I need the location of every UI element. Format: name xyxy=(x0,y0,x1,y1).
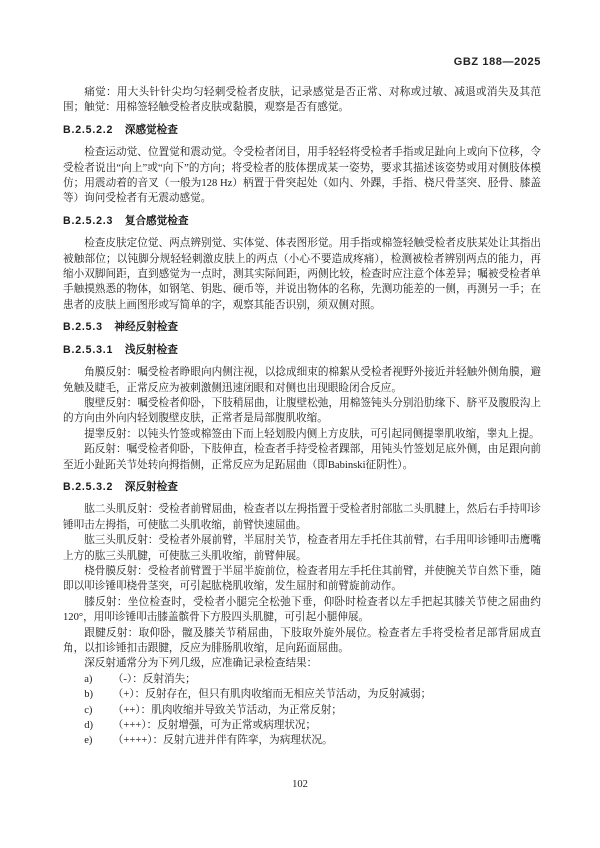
paragraph-radial-periosteal-reflex: 桡骨膜反射：受检者前臂置于半屈半旋前位，检查者用左手托住其前臂，并使腕关节自然下… xyxy=(63,564,541,595)
paragraph-biceps-reflex: 肱二头肌反射：受检者前臂屈曲，检查者以左拇指置于受检者肘部肱二头肌腱上，然后右手… xyxy=(63,502,541,533)
section-heading-nerve-reflex: B.2.5.3神经反射检查 xyxy=(63,320,541,335)
list-item-grade-e: e)（++++）：反射亢进并伴有阵挛，为病理状况。 xyxy=(63,733,541,748)
list-item-grade-a: a)（-）：反射消失； xyxy=(63,672,541,687)
list-marker: b) xyxy=(63,687,113,702)
page-footer: 102 xyxy=(0,779,600,790)
section-title: 复合感觉检查 xyxy=(125,215,189,227)
paragraph-deep-sensation: 检查运动觉、位置觉和震动觉。令受检者闭目，用手轻轻将受检者手指或足趾向上或向下位… xyxy=(63,145,541,207)
list-marker: a) xyxy=(63,672,113,687)
section-title: 深感觉检查 xyxy=(125,124,178,136)
section-heading-deep-reflex: B.2.5.3.2深反射检查 xyxy=(63,480,541,495)
list-marker: e) xyxy=(63,733,113,748)
list-item-text: （+）：反射存在，但只有肌肉收缩而无相应关节活动，为反射减弱； xyxy=(113,687,541,702)
section-number: B.2.5.3.1 xyxy=(63,344,113,356)
page-number: 102 xyxy=(292,779,308,790)
section-number: B.2.5.3 xyxy=(63,321,103,333)
list-item-text: （+++）：反射增强，可为正常或病理状况； xyxy=(113,718,541,733)
section-title: 深反射检查 xyxy=(125,481,178,493)
paragraph-plantar-reflex: 跖反射：嘱受检者仰卧，下肢伸直，检查者手持受检者踝部，用钝头竹签划足底外侧，由足… xyxy=(63,442,541,473)
document-page: GBZ 188—2025 痛觉：用大头针针尖均匀轻刺受检者皮肤，记录感觉是否正常… xyxy=(0,0,600,848)
section-heading-deep-sensation: B.2.5.2.2深感觉检查 xyxy=(63,123,541,138)
section-number: B.2.5.2.2 xyxy=(63,124,113,136)
list-item-text: （++++）：反射亢进并伴有阵挛，为病理状况。 xyxy=(113,733,541,748)
paragraph-abdominal-reflex: 腹壁反射：嘱受检者仰卧，下肢稍屈曲，让腹壁松弛，用棉签钝头分别沿肋缘下、脐平及腹… xyxy=(63,396,541,427)
paragraph-cremasteric-reflex: 提睾反射：以钝头竹签或棉签由下而上轻划股内侧上方皮肤，可引起同侧提睾肌收缩，睾丸… xyxy=(63,427,541,442)
list-marker: c) xyxy=(63,703,113,718)
paragraph-achilles-reflex: 跟腱反射：取仰卧，髋及膝关节稍屈曲，下肢取外旋外展位。检查者左手将受检者足部背屈… xyxy=(63,626,541,657)
list-item-grade-d: d)（+++）：反射增强，可为正常或病理状况； xyxy=(63,718,541,733)
paragraph-corneal-reflex: 角膜反射：嘱受检者睁眼向内侧注视，以捻成细束的棉絮从受检者视野外接近并轻触外侧角… xyxy=(63,365,541,396)
list-item-grade-c: c)（++）：肌肉收缩并导致关节活动，为正常反射； xyxy=(63,703,541,718)
list-item-text: （-）：反射消失； xyxy=(113,672,541,687)
paragraph-grading-intro: 深反射通常分为下列几级，应准确记录检查结果： xyxy=(63,656,541,671)
standard-number: GBZ 188—2025 xyxy=(454,56,541,68)
paragraph-compound-sensation: 检查皮肤定位觉、两点辨别觉、实体觉、体表图形觉。用手指或棉签轻触受检者皮肤某处让… xyxy=(63,236,541,313)
section-title: 浅反射检查 xyxy=(125,344,178,356)
list-item-text: （++）：肌肉收缩并导致关节活动，为正常反射； xyxy=(113,703,541,718)
section-number: B.2.5.2.3 xyxy=(63,215,113,227)
list-item-grade-b: b)（+）：反射存在，但只有肌肉收缩而无相应关节活动，为反射减弱； xyxy=(63,687,541,702)
list-marker: d) xyxy=(63,718,113,733)
section-heading-superficial-reflex: B.2.5.3.1浅反射检查 xyxy=(63,343,541,358)
page-header: GBZ 188—2025 xyxy=(63,56,541,68)
paragraph-triceps-reflex: 肱三头肌反射：受检者外展前臂，半屈肘关节，检查者用左手托住其前臂，右手用叩诊锤叩… xyxy=(63,533,541,564)
section-heading-compound-sensation: B.2.5.2.3复合感觉检查 xyxy=(63,214,541,229)
section-number: B.2.5.3.2 xyxy=(63,481,113,493)
document-body: 痛觉：用大头针针尖均匀轻刺受检者皮肤，记录感觉是否正常、对称或过敏、减退或消失及… xyxy=(63,85,541,749)
paragraph-knee-reflex: 膝反射：坐位检查时，受检者小腿完全松弛下垂，仰卧时检查者以左手把起其膝关节使之屈… xyxy=(63,595,541,626)
paragraph-pain-touch: 痛觉：用大头针针尖均匀轻刺受检者皮肤，记录感觉是否正常、对称或过敏、减退或消失及… xyxy=(63,85,541,116)
section-title: 神经反射检查 xyxy=(114,321,178,333)
